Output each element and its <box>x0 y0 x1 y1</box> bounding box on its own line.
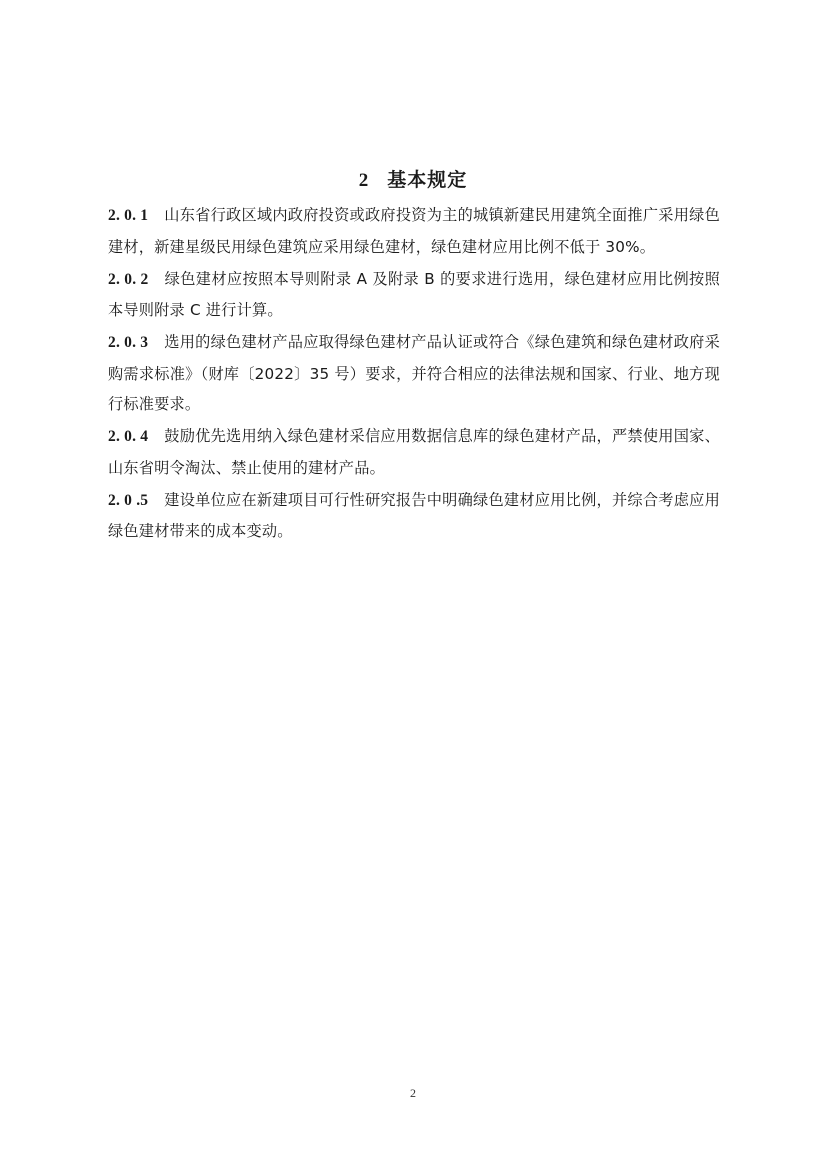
clause-number: 2. 0 .5 <box>108 492 148 509</box>
clause-2-0-1: 2. 0. 1山东省行政区域内政府投资或政府投资为主的城镇新建民用建筑全面推广采… <box>108 200 720 262</box>
clause-text: 选用的绿色建材产品应取得绿色建材产品认证或符合《绿色建筑和绿色建材政府采购需求标… <box>108 333 720 413</box>
page-title: 2基本规定 <box>0 165 826 192</box>
clause-2-0-2: 2. 0. 2绿色建材应按照本导则附录 A 及附录 B 的要求进行选用，绿色建材… <box>108 264 720 326</box>
chapter-number: 2 <box>359 170 370 191</box>
clause-text: 山东省行政区域内政府投资或政府投资为主的城镇新建民用建筑全面推广采用绿色建材，新… <box>108 206 720 256</box>
clause-text: 鼓励优先选用纳入绿色建材采信应用数据信息库的绿色建材产品，严禁使用国家、山东省明… <box>108 427 720 477</box>
page-number: 2 <box>0 1086 826 1101</box>
clause-text: 建设单位应在新建项目可行性研究报告中明确绿色建材应用比例，并综合考虑应用绿色建材… <box>108 491 720 541</box>
clause-number: 2. 0. 1 <box>108 207 148 224</box>
clause-number: 2. 0. 4 <box>108 428 148 445</box>
clause-2-0-3: 2. 0. 3选用的绿色建材产品应取得绿色建材产品认证或符合《绿色建筑和绿色建材… <box>108 327 720 420</box>
clause-2-0-5: 2. 0 .5建设单位应在新建项目可行性研究报告中明确绿色建材应用比例，并综合考… <box>108 485 720 547</box>
clause-text: 绿色建材应按照本导则附录 A 及附录 B 的要求进行选用，绿色建材应用比例按照本… <box>108 270 720 320</box>
clause-number: 2. 0. 3 <box>108 334 148 351</box>
chapter-title: 基本规定 <box>387 169 467 191</box>
clause-list: 2. 0. 1山东省行政区域内政府投资或政府投资为主的城镇新建民用建筑全面推广采… <box>108 200 720 548</box>
clause-2-0-4: 2. 0. 4鼓励优先选用纳入绿色建材采信应用数据信息库的绿色建材产品，严禁使用… <box>108 421 720 483</box>
clause-number: 2. 0. 2 <box>108 271 149 288</box>
